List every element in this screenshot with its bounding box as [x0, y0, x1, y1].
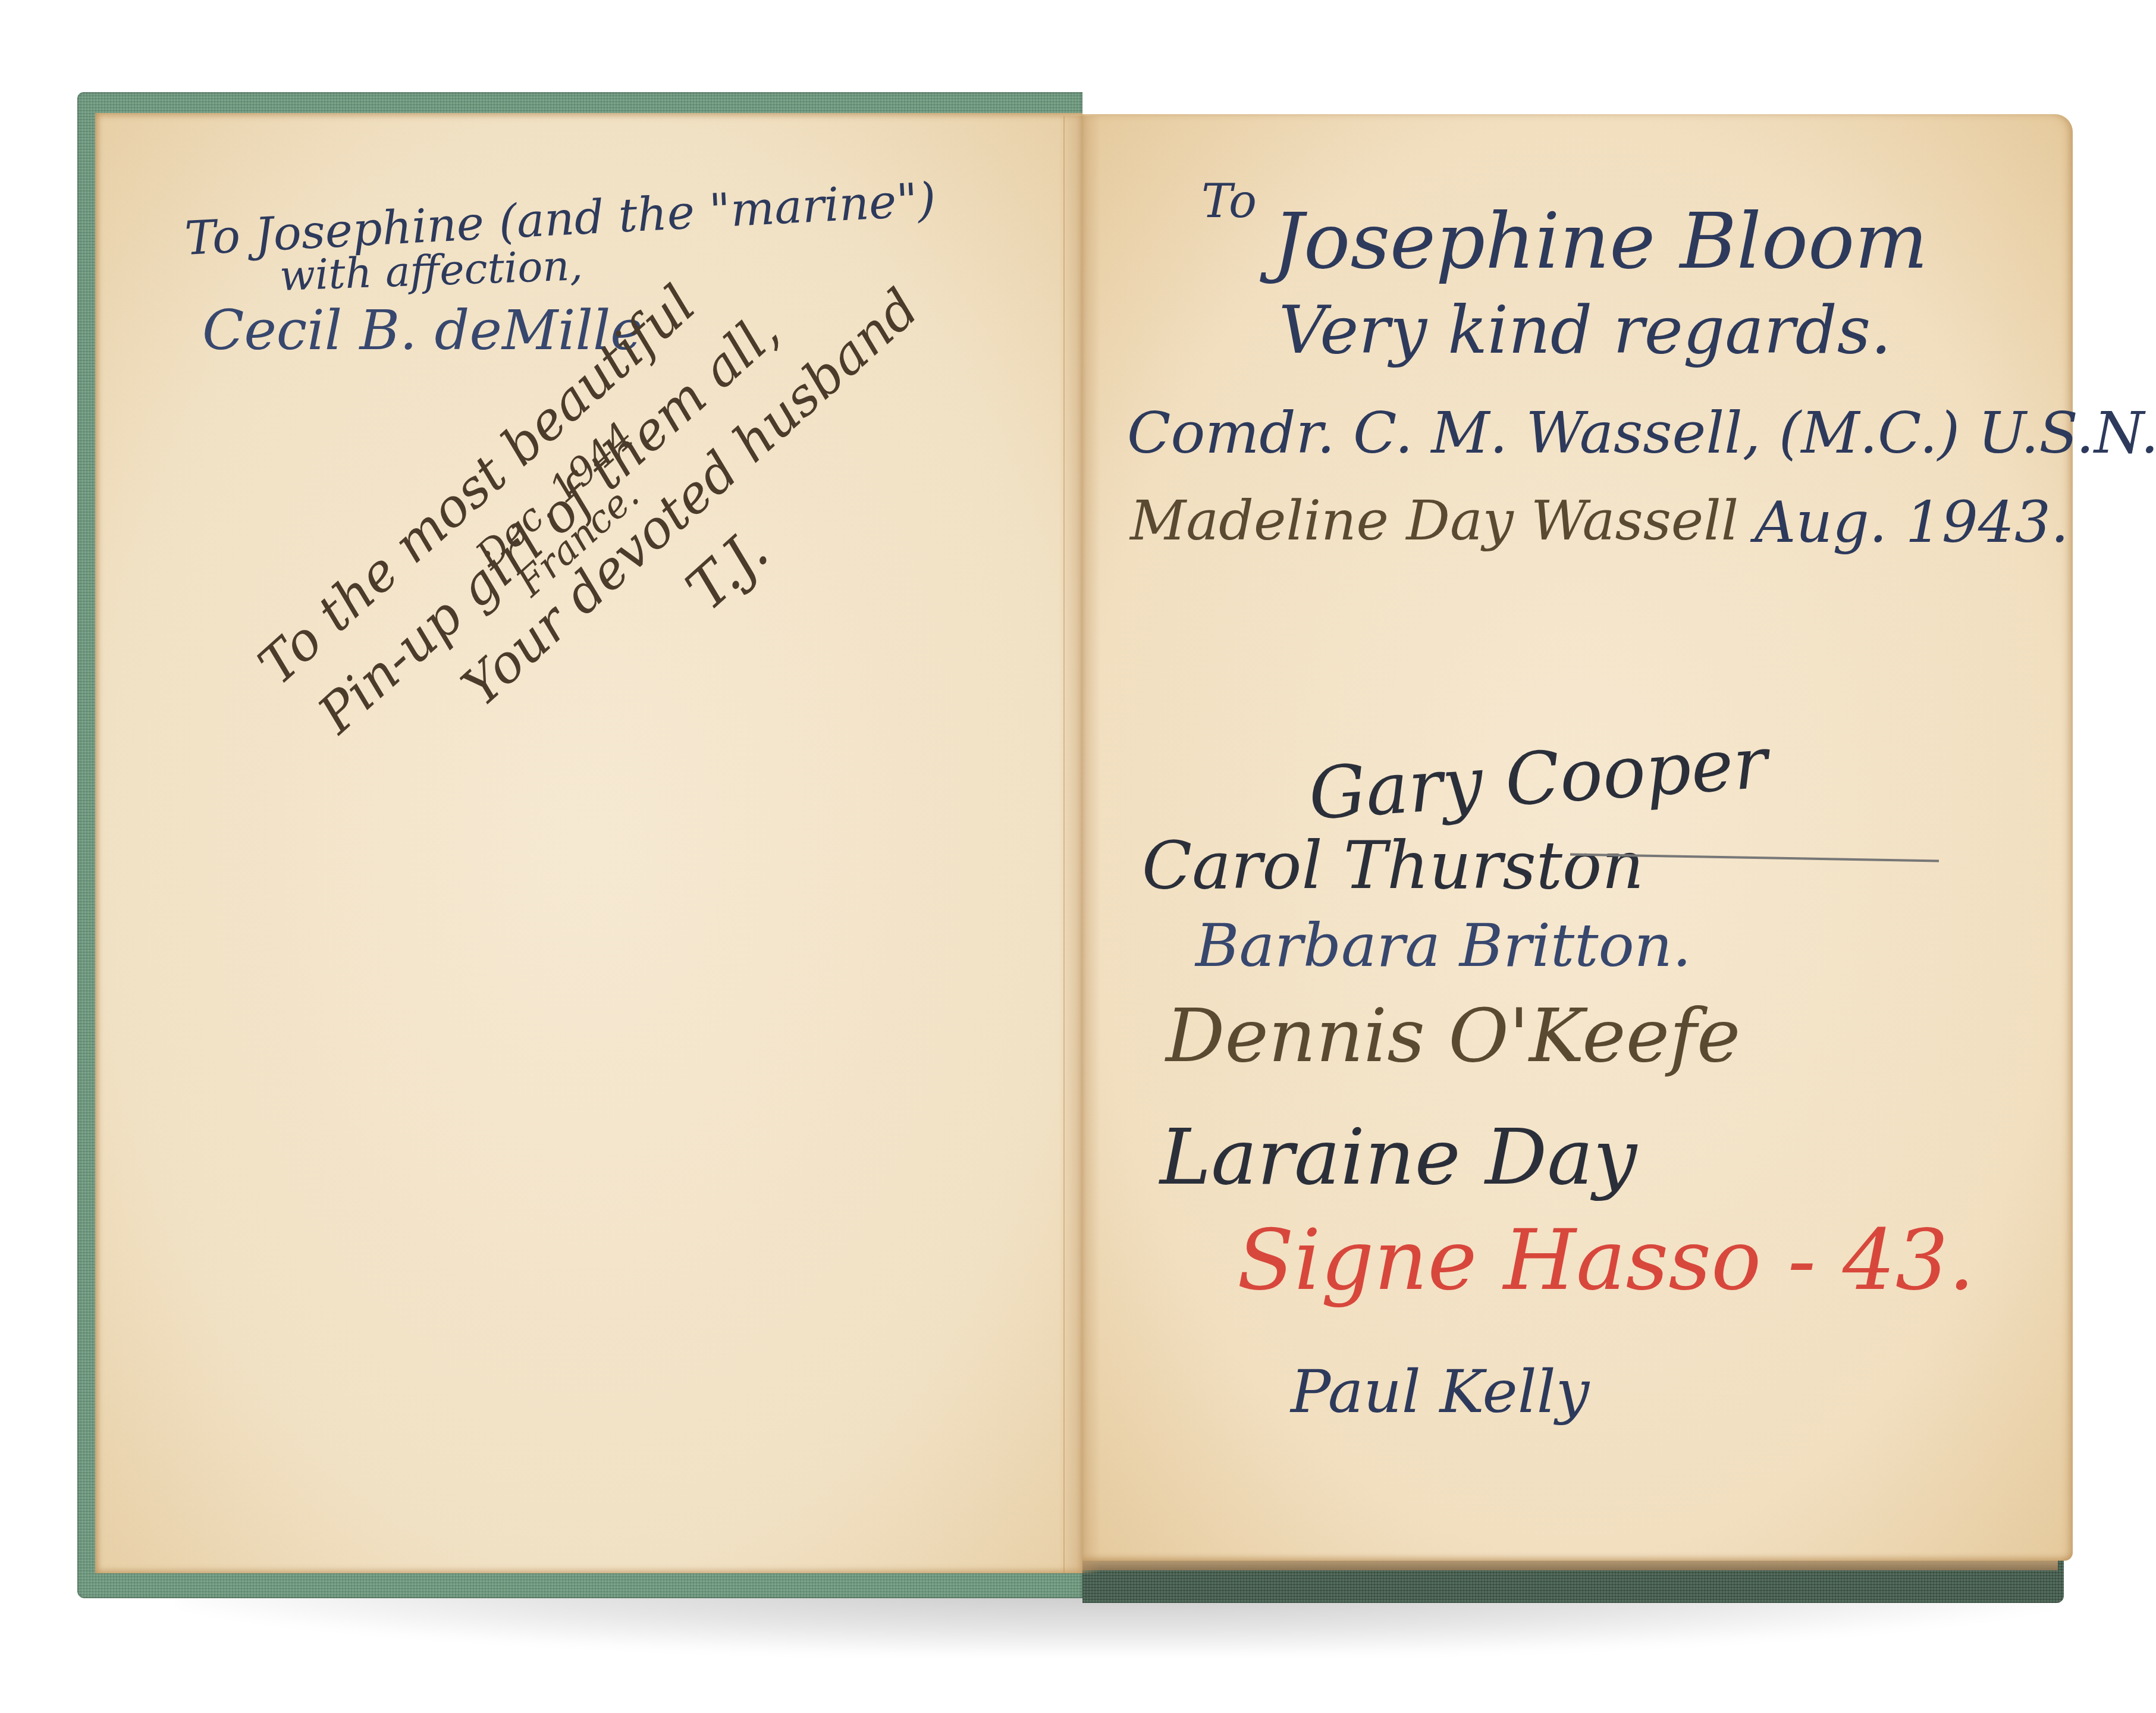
spine-crease	[1063, 116, 1065, 1573]
dedication-signer: Comdr. C. M. Wassell, (M.C.) U.S.N.R.	[1127, 404, 2156, 462]
spine-gutter	[1059, 116, 1100, 1573]
signature-carol-thurston: Carol Thurston	[1142, 833, 1644, 898]
demille-signature: Cecil B. deMille	[202, 303, 643, 358]
signature-signe-hasso: Signe Hasso - 43.	[1237, 1219, 1975, 1303]
signature-laraine-day: Laraine Day	[1160, 1118, 1637, 1196]
signature-dennis-okeefe: Dennis O'Keefe	[1166, 999, 1740, 1073]
dedication-regards: Very kind regards.	[1279, 297, 1891, 363]
dedication-date: Aug. 1943.	[1755, 494, 2069, 551]
dedication-cosigner: Madeline Day Wassell	[1130, 494, 1738, 548]
signature-paul-kelly: Paul Kelly	[1291, 1362, 1589, 1422]
dedication-to: To	[1201, 178, 1257, 225]
dedication-name: Josephine Bloom	[1273, 202, 1928, 280]
signature-barbara-britton: Barbara Britton.	[1195, 916, 1691, 975]
demille-line2: with affection,	[279, 244, 583, 297]
